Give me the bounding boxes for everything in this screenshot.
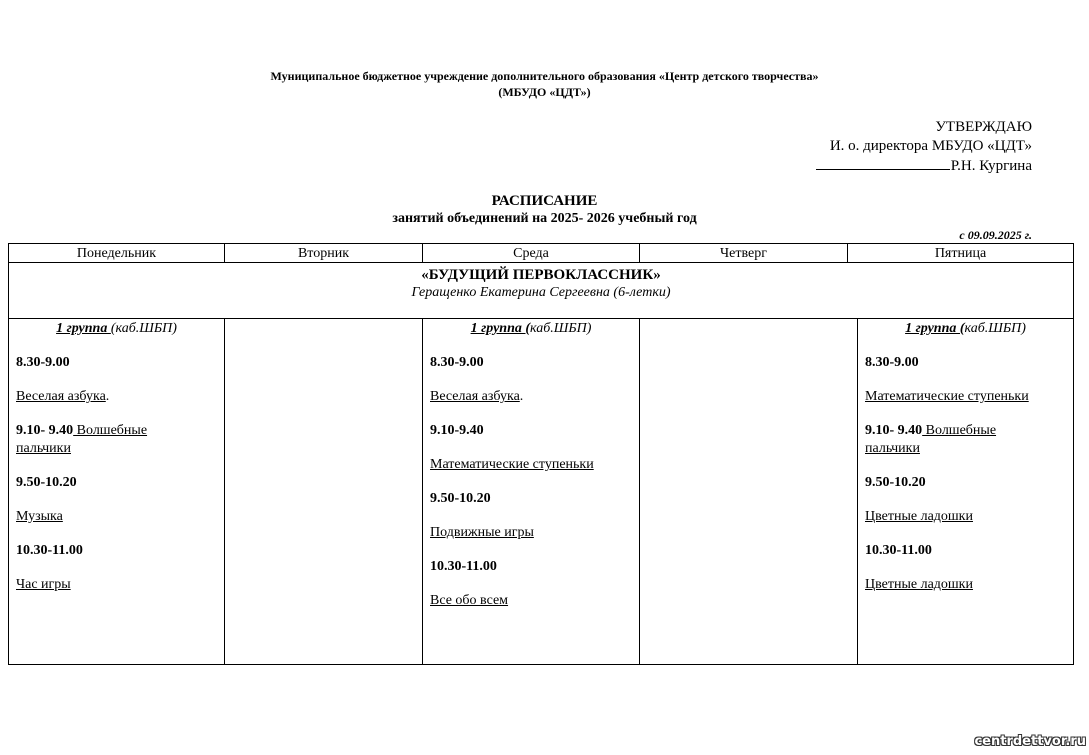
header-thursday: Четверг: [640, 244, 847, 262]
time-subject: 9.10- 9.40 Волшебные: [865, 422, 1066, 440]
time-slot: 9.10-9.40: [430, 422, 632, 440]
cell-thursday: [640, 319, 857, 664]
subject: Все обо всем: [430, 592, 632, 610]
document-title: РАСПИСАНИЕ: [0, 192, 1089, 210]
subject: Математические ступеньки: [430, 456, 632, 474]
cell-monday: 1 группа (каб.ШБП) 8.30-9.00 Веселая азб…: [9, 319, 224, 664]
effective-date: с 09.09.2025 г.: [959, 228, 1032, 242]
approval-signature: Р.Н. Кургина: [816, 156, 1032, 176]
time-slot: 9.50-10.20: [865, 474, 1066, 492]
schedule-body-row: 1 группа (каб.ШБП) 8.30-9.00 Веселая азб…: [9, 319, 1073, 664]
group-label: 1 группа (каб.ШБП): [16, 320, 217, 338]
approval-heading: УТВЕРЖДАЮ: [816, 118, 1032, 137]
time-subject: 9.10- 9.40 Волшебные: [16, 422, 217, 440]
header-friday: Пятница: [848, 244, 1073, 262]
program-banner: «БУДУЩИЙ ПЕРВОКЛАССНИК» Геращенко Екатер…: [9, 263, 1073, 319]
subject: Математические ступеньки: [865, 388, 1066, 406]
program-name: «БУДУЩИЙ ПЕРВОКЛАССНИК»: [9, 263, 1073, 284]
time-slot: 8.30-9.00: [16, 354, 217, 372]
time-slot: 10.30-11.00: [865, 542, 1066, 560]
time-slot: 10.30-11.00: [16, 542, 217, 560]
time-slot: 8.30-9.00: [430, 354, 632, 372]
cell-wednesday: 1 группа (каб.ШБП) 8.30-9.00 Веселая азб…: [423, 319, 639, 664]
approval-block: УТВЕРЖДАЮ И. о. директора МБУДО «ЦДТ» Р.…: [816, 118, 1032, 176]
subject: Веселая азбука.: [16, 388, 217, 406]
cell-tuesday: [225, 319, 422, 664]
subject: Цветные ладошки: [865, 508, 1066, 526]
signature-line: [816, 156, 950, 170]
time-slot: 10.30-11.00: [430, 558, 632, 576]
time-slot: 9.50-10.20: [430, 490, 632, 508]
subject: Веселая азбука.: [430, 388, 632, 406]
subject-cont: пальчики: [16, 440, 217, 458]
cell-friday: 1 группа (каб.ШБП) 8.30-9.00 Математичес…: [858, 319, 1073, 664]
group-label: 1 группа (каб.ШБП): [865, 320, 1066, 338]
header-monday: Понедельник: [9, 244, 224, 262]
subject: Подвижные игры: [430, 524, 632, 542]
group-label: 1 группа (каб.ШБП): [430, 320, 632, 338]
subject: Час игры: [16, 576, 217, 594]
watermark: centrdettvor.ru: [974, 734, 1086, 749]
time-slot: 9.50-10.20: [16, 474, 217, 492]
time-slot: 8.30-9.00: [865, 354, 1066, 372]
organization-abbreviation: (МБУДО «ЦДТ»): [0, 84, 1089, 100]
organization-name: Муниципальное бюджетное учреждение допол…: [0, 68, 1089, 84]
approval-position: И. о. директора МБУДО «ЦДТ»: [816, 137, 1032, 156]
subject: Цветные ладошки: [865, 576, 1066, 594]
document-subtitle: занятий объединений на 2025- 2026 учебны…: [0, 210, 1089, 228]
signatory-name: Р.Н. Кургина: [951, 158, 1032, 174]
header-wednesday: Среда: [423, 244, 639, 262]
header-tuesday: Вторник: [225, 244, 422, 262]
table-header-row: Понедельник Вторник Среда Четверг Пятниц…: [9, 244, 1073, 263]
program-teacher: Геращенко Екатерина Сергеевна (6-летки): [9, 284, 1073, 302]
schedule-table: Понедельник Вторник Среда Четверг Пятниц…: [8, 243, 1074, 665]
subject: Музыка: [16, 508, 217, 526]
subject-cont: пальчики: [865, 440, 1066, 458]
